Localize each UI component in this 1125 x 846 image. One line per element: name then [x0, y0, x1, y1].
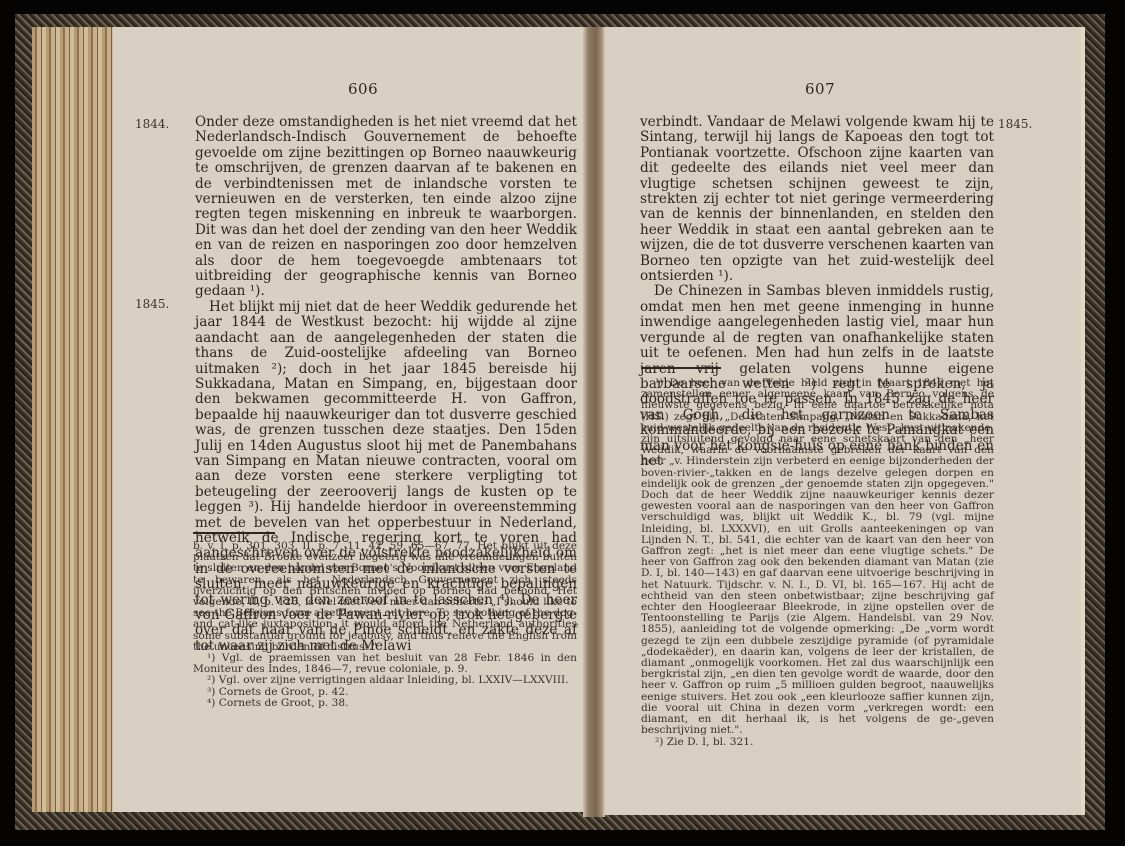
right-page-footnotes: ¹) De heer van de Velde hield zich in Ma…: [641, 378, 994, 748]
footnote: ⁴) Cornets de Groot, p. 38.: [193, 698, 577, 709]
right-page-edge: [1081, 27, 1085, 815]
paragraph: Onder deze omstandigheden is het niet vr…: [195, 115, 577, 300]
page-number-right: 607: [805, 80, 835, 98]
margin-year-1845-left: 1845.: [135, 297, 169, 311]
paragraph: verbindt. Vandaar de Melawi volgende kwa…: [640, 115, 994, 284]
book-gutter: [583, 27, 605, 817]
margin-year-1845-right: 1845.: [998, 117, 1032, 131]
footnote: ¹) De heer van de Velde hield zich in Ma…: [641, 378, 994, 737]
footnote-divider: [641, 367, 721, 369]
footnote-divider: [193, 532, 275, 534]
footnote: ¹) Vgl. de praemissen van het besluit va…: [193, 653, 577, 675]
page-number-left: 606: [348, 80, 378, 98]
left-page-footnotes: b. v. I, p. 301, 303, II, p. 7, 11, 42, …: [193, 541, 577, 709]
margin-year-1844: 1844.: [135, 117, 169, 131]
page-edges: [32, 27, 114, 812]
footnote-continuation: b. v. I, p. 301, 303, II, p. 7, 11, 42, …: [193, 541, 577, 653]
footnote: ²) Zie D. I, bl. 321.: [641, 737, 994, 748]
footnote: ²) Vgl. over zijne verrigtingen aldaar I…: [193, 675, 577, 686]
